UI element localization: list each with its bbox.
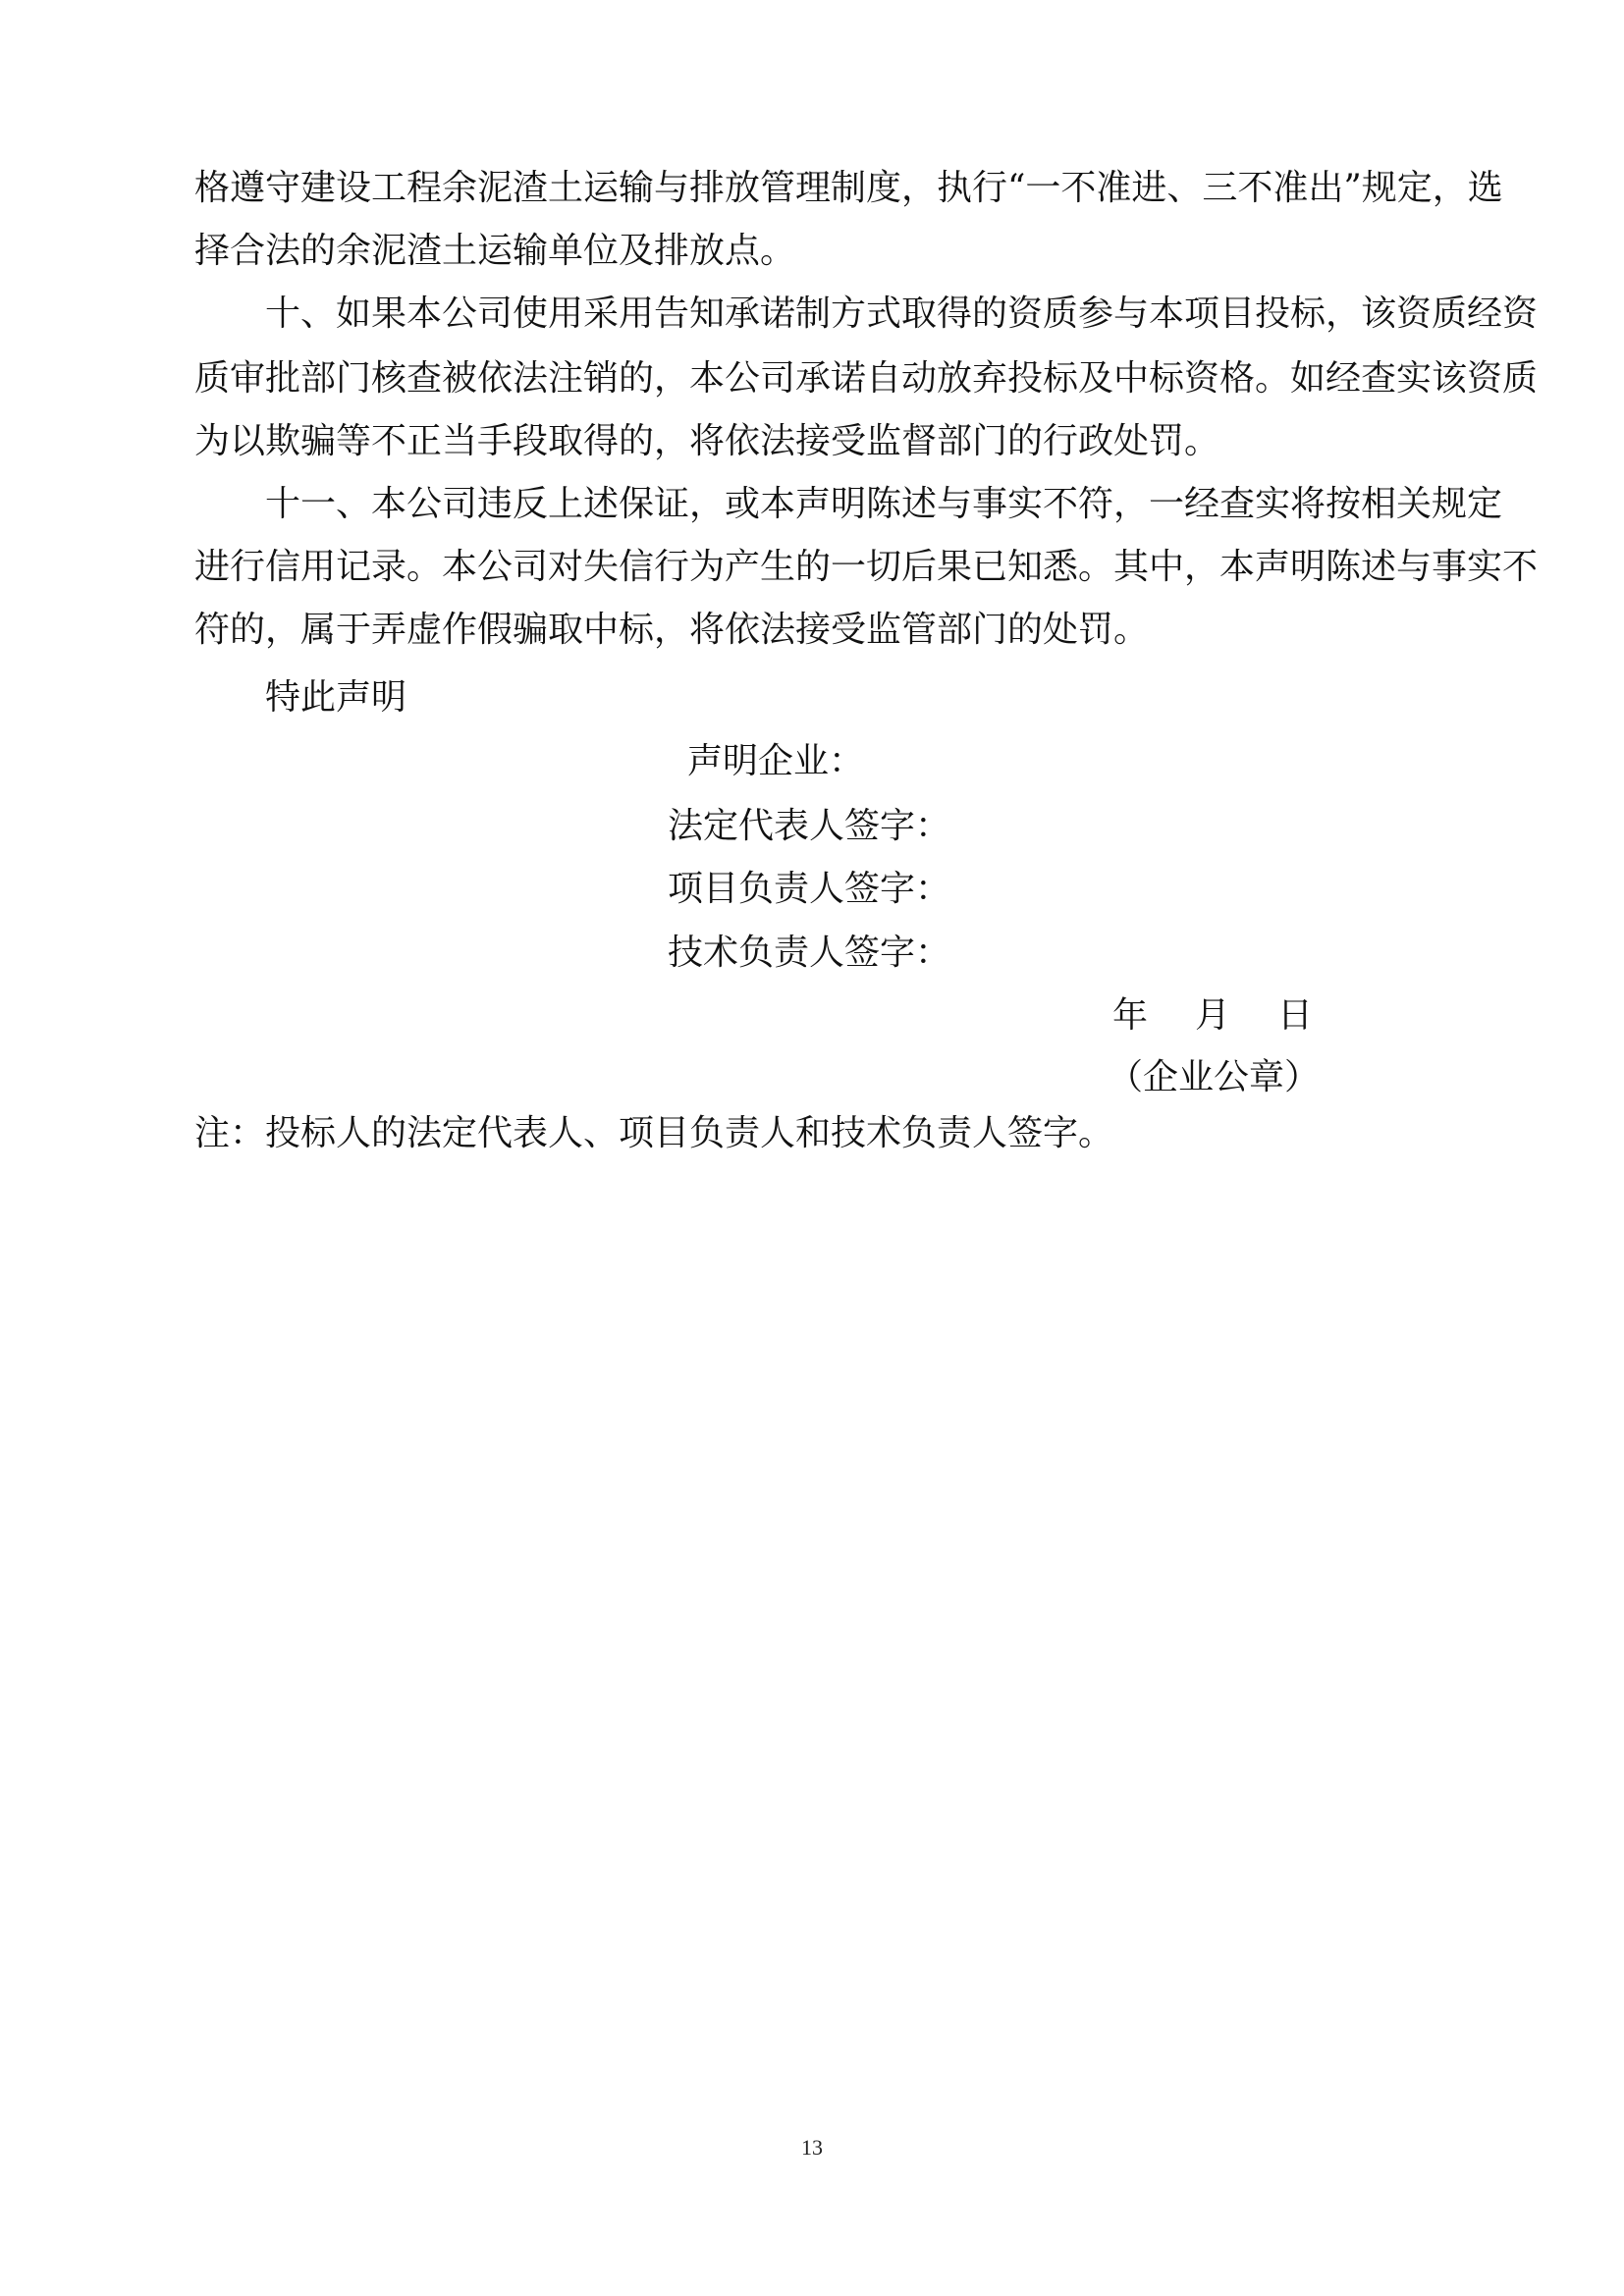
signature-note: 注：投标人的法定代表人、项目负责人和技术负责人签字。 xyxy=(194,1116,1113,1151)
clause-11-line-1: 十一、本公司违反上述保证，或本声明陈述与事实不符，一经查实将按相关规定 xyxy=(265,487,1430,522)
continuation-line-2: 择合法的余泥渣土运输单位及排放点。 xyxy=(194,234,1430,269)
clause-11-line-2: 进行信用记录。本公司对失信行为产生的一切后果已知悉。其中，本声明陈述与事实不 xyxy=(194,550,1430,585)
closing-statement: 特此声明 xyxy=(265,680,406,716)
clause-10-line-3: 为以欺骗等不正当手段取得的，将依法接受监督部门的行政处罚。 xyxy=(194,424,1430,459)
project-lead-signature-label: 项目负责人签字： xyxy=(668,872,950,907)
company-label: 声明企业： xyxy=(687,744,864,779)
clause-10-line-1: 十、如果本公司使用采用告知承诺制方式取得的资质参与本项目投标，该资质经资 xyxy=(265,296,1430,332)
technical-lead-signature-label: 技术负责人签字： xyxy=(668,935,950,971)
continuation-line-1: 格遵守建设工程余泥渣土运输与排放管理制度，执行“一不准进、三不准出”规定，选 xyxy=(194,171,1430,206)
date-line: 年月日 xyxy=(1112,998,1313,1034)
clause-10-line-2: 质审批部门核查被依法注销的，本公司承诺自动放弃投标及中标资格。如经查实该资质 xyxy=(194,361,1430,397)
page-number: 13 xyxy=(763,2136,861,2160)
date-year: 年 xyxy=(1112,998,1148,1034)
company-seal-label: （企业公章） xyxy=(1108,1060,1320,1095)
document-page: 格遵守建设工程余泥渣土运输与排放管理制度，执行“一不准进、三不准出”规定，选 择… xyxy=(0,0,1624,2296)
date-month: 月 xyxy=(1195,998,1230,1034)
date-day: 日 xyxy=(1277,998,1313,1034)
legal-representative-signature-label: 法定代表人签字： xyxy=(668,809,950,844)
clause-11-line-3: 符的，属于弄虚作假骗取中标，将依法接受监管部门的处罚。 xyxy=(194,613,1430,648)
